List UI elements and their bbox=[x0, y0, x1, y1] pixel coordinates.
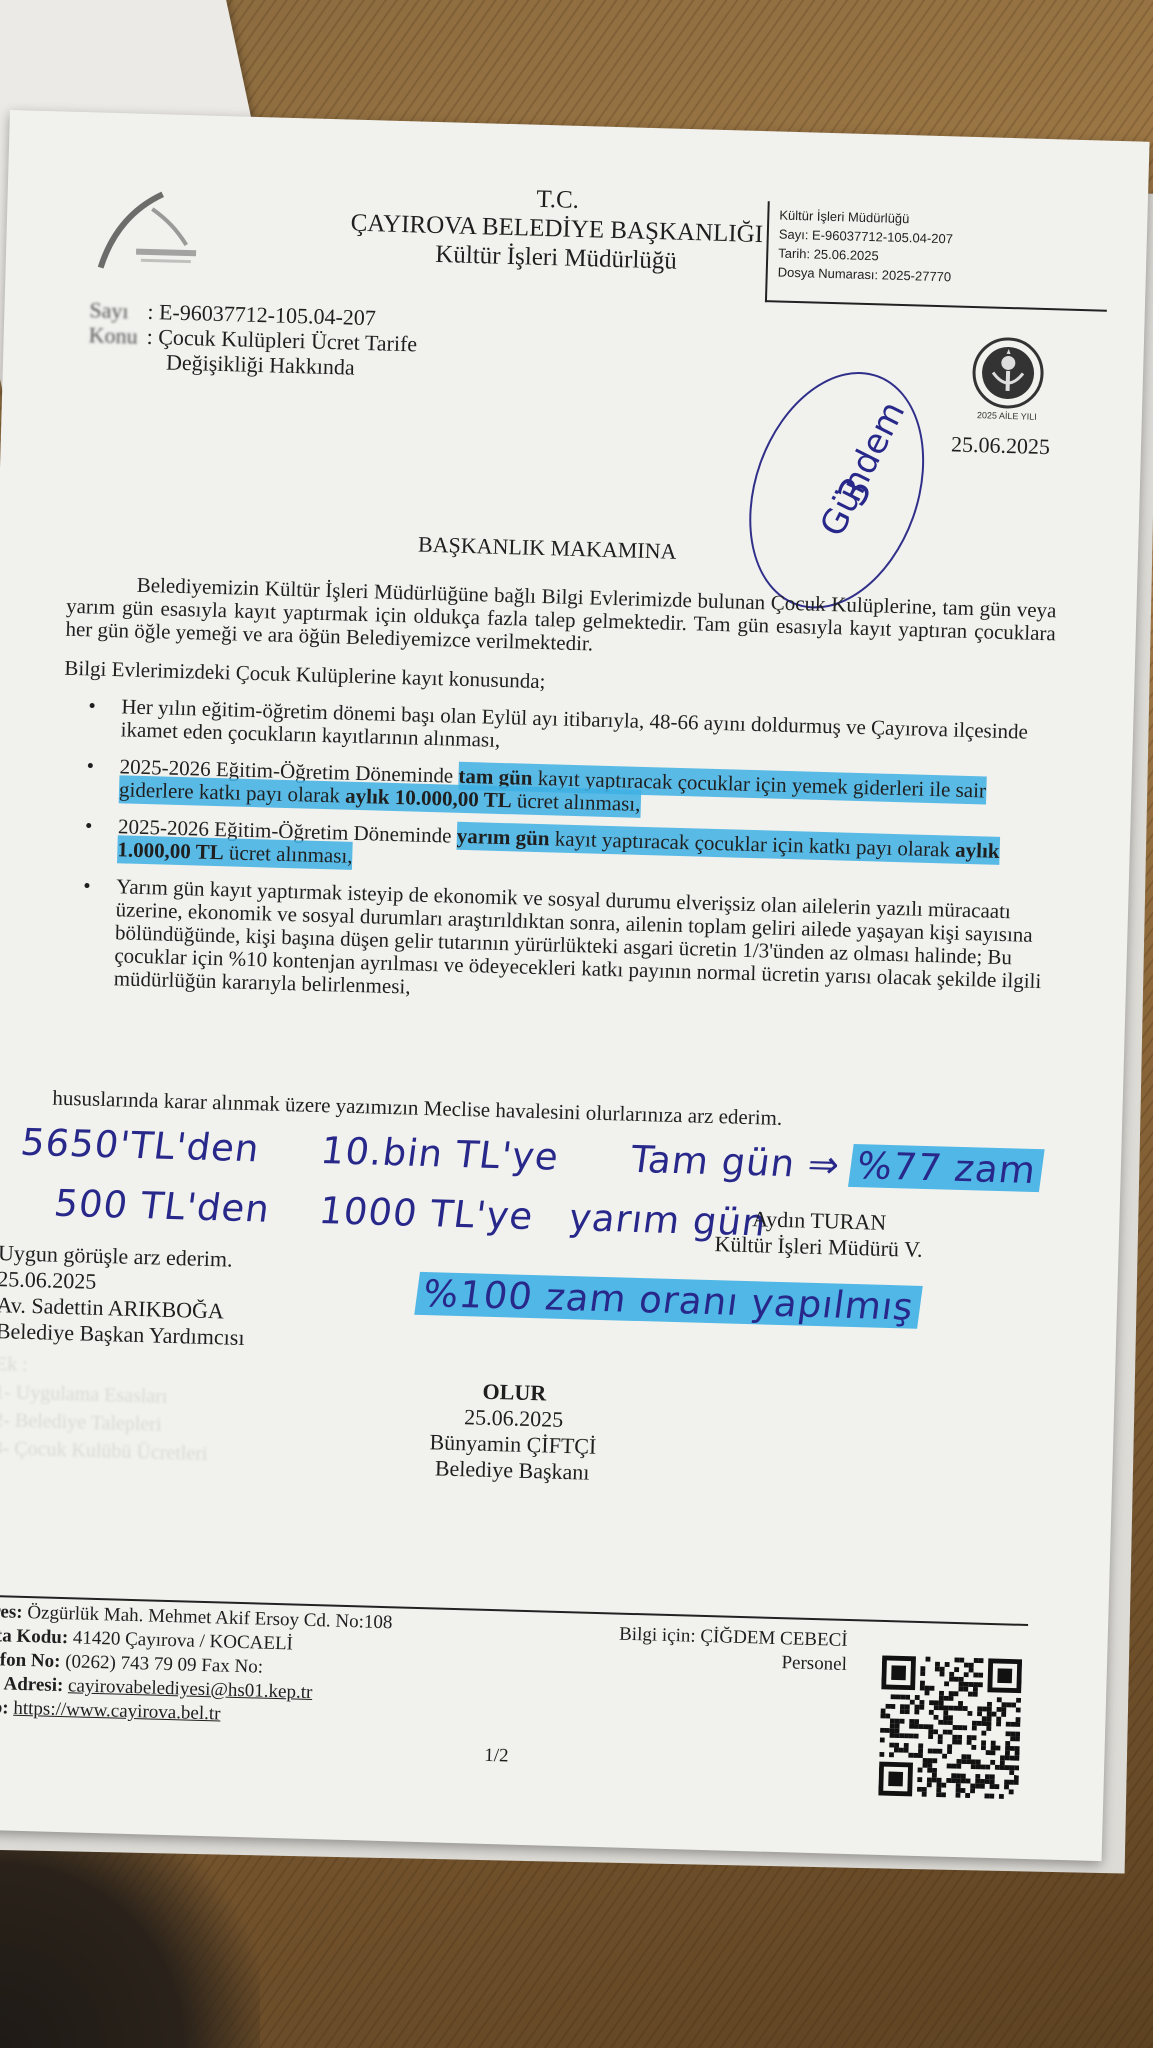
website-link[interactable]: https://www.cayirova.bel.tr bbox=[13, 1698, 221, 1725]
mayor-approval-block: OLUR 25.06.2025 Bünyamin ÇİFTÇİ Belediye… bbox=[392, 1376, 635, 1487]
letter-date: 25.06.2025 bbox=[951, 431, 1051, 460]
web-label: Web: bbox=[0, 1696, 9, 1718]
mayor-title: Belediye Başkanı bbox=[392, 1454, 633, 1487]
info-contact: Bilgi için: ÇİĞDEM CEBECİ Personel bbox=[607, 1622, 848, 1677]
deputy-title: Belediye Başkan Yardımcısı bbox=[0, 1318, 245, 1351]
postal-label: Posta Kodu: bbox=[0, 1624, 68, 1648]
handwritten-note-old-half-fee: 500 TL'den bbox=[52, 1182, 273, 1231]
konu-label: Konu bbox=[88, 322, 147, 349]
handwritten-note-full-day-increase: %77 zam bbox=[848, 1144, 1045, 1192]
subject-block: Sayı: E-96037712-105.04-207 Konu: Çocuk … bbox=[88, 297, 590, 386]
list-item-text: ücret alınması, bbox=[223, 840, 352, 868]
sayi-label: Sayı bbox=[89, 297, 148, 324]
full-day-fee: aylık 10.000,00 TL bbox=[345, 784, 512, 813]
full-day-label: tam gün bbox=[458, 764, 533, 790]
decision-list: • Her yılın eğitim-öğretim dönemi başı o… bbox=[55, 694, 1053, 1031]
signer-title: Kültür İşleri Müdürü V. bbox=[698, 1231, 939, 1264]
half-day-label: yarım gün bbox=[456, 824, 549, 851]
handwritten-note-full-day: Tam gün ⇒ bbox=[628, 1138, 843, 1187]
list-item: • Yarım gün kayıt yaptırmak isteyip de e… bbox=[55, 874, 1048, 1017]
phone-value: (0262) 743 79 09 Fax No: bbox=[65, 1651, 263, 1678]
address-label: Adres: bbox=[0, 1600, 23, 1623]
handwritten-note-old-full-fee: 5650'TL'den bbox=[18, 1121, 262, 1171]
list-item-text: Her yılın eğitim-öğretim dönemi başı ola… bbox=[120, 694, 1028, 752]
handwritten-note-new-half-fee: 1000 TL'ye bbox=[317, 1189, 537, 1238]
official-letter-page: T.C. ÇAYIROVA BELEDİYE BAŞKANLIĞI Kültür… bbox=[0, 110, 1150, 1861]
ghost-attachment-text: Ek :1- Uygulama Esasları2- Belediye Tale… bbox=[0, 1350, 210, 1468]
signer-block: Aydın TURAN Kültür İşleri Müdürü V. bbox=[698, 1205, 939, 1264]
list-intro: Bilgi Evlerimizdeki Çocuk Kulüplerine ka… bbox=[64, 657, 546, 693]
municipality-logo-icon bbox=[90, 187, 202, 280]
reference-box: Kültür İşleri Müdürlüğü Sayı: E-96037712… bbox=[765, 201, 1110, 312]
bullet-icon: • bbox=[86, 754, 94, 777]
deputy-approval-block: Uygun görüşle arz ederim. 25.06.2025 Av.… bbox=[0, 1240, 247, 1351]
list-item-text: kayıt yaptıracak çocuklar için katkı pay… bbox=[549, 826, 955, 861]
footer-contact: Adres: Özgürlük Mah. Mehmet Akif Ersoy C… bbox=[0, 1599, 393, 1731]
intro-paragraph: Belediyemizin Kültür İşleri Müdürlüğüne … bbox=[65, 572, 1057, 669]
qr-code-icon[interactable] bbox=[878, 1653, 1022, 1802]
page-number: 1/2 bbox=[484, 1744, 509, 1769]
handwritten-note-new-full-fee: 10.bin TL'ye bbox=[318, 1129, 562, 1178]
letterhead: T.C. ÇAYIROVA BELEDİYE BAŞKANLIĞI Kültür… bbox=[306, 178, 808, 279]
handwritten-note-half-day-increase: %100 zam oranı yapılmış bbox=[414, 1272, 922, 1329]
bullet-icon: • bbox=[85, 814, 93, 837]
emblem-caption: 2025 AİLE YILI bbox=[977, 410, 1037, 422]
list-item-text: Yarım gün kayıt yaptırmak isteyip de eko… bbox=[113, 874, 1041, 998]
phone-label: Telefon No: bbox=[0, 1648, 61, 1672]
bullet-icon: • bbox=[88, 694, 96, 717]
bullet-icon: • bbox=[83, 874, 91, 897]
list-item-text: ücret alınması, bbox=[511, 788, 640, 816]
addressee: BAŞKANLIK MAKAMINA bbox=[418, 532, 677, 565]
family-year-emblem-icon: 2025 AİLE YILI bbox=[962, 332, 1054, 424]
kep-label: Kep Adresi: bbox=[0, 1672, 64, 1696]
